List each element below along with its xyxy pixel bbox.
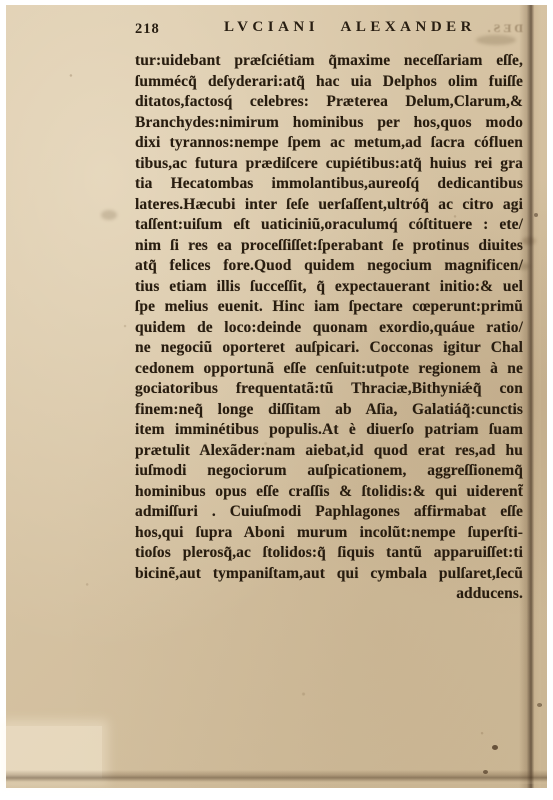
- margin-smudge: [101, 210, 117, 220]
- margin-smudge: [522, 237, 536, 245]
- text-line: hominibus opus eſſe craſſis & ſtolidis:&…: [135, 482, 523, 503]
- text-line: quidem de loco:deinde quonam exordio,quá…: [135, 318, 523, 339]
- lighting-patch: [6, 726, 102, 778]
- foxing-spot: [534, 213, 538, 217]
- text-line: tius etiam illis ſucceſſit, q̃ expectaue…: [135, 277, 523, 298]
- text-line: iuſmodi negociorum auſpicationem, aggreſ…: [135, 461, 523, 482]
- body-text: tur:uidebant præſciétiam q̃maxime neceſſ…: [135, 51, 523, 605]
- text-line: dixi tyrannos:nempe ſpem ac metum,ad ſac…: [135, 133, 523, 154]
- scanned-book-photo: DES. 218 LVCIANI ALEXANDER tur:uidebant …: [0, 0, 553, 800]
- page-number: 218: [135, 21, 160, 38]
- text-line: finem:neq̃ longe diſſitam ab Aſia, Galat…: [135, 400, 523, 421]
- text-line: ſpe melius euenit. Hinc iam ſpectare cœp…: [135, 297, 523, 318]
- foxing-spot: [537, 703, 542, 707]
- text-line: Branchydes:nimirum hominibus per hos,quo…: [135, 113, 523, 134]
- foxing-spot: [492, 745, 498, 750]
- text-line: cedonem opportunã eſſe cenſuit:utpote re…: [135, 359, 523, 380]
- text-line: ſummécq̃ deſyderari:atq̃ hac uia Delphos…: [135, 72, 523, 93]
- text-line: admiſſuri . Cuiuſmodi Paphlagones affirm…: [135, 502, 523, 523]
- text-line: tur:uidebant præſciétiam q̃maxime neceſſ…: [135, 51, 523, 72]
- text-line: taſſent:uiſum eſt uaticiniũ,oraculumq́ c…: [135, 215, 523, 236]
- text-line: tia Hecatombas immolantibus,aureoſq́ ded…: [135, 174, 523, 195]
- running-title: LVCIANI ALEXANDER: [185, 19, 515, 36]
- text-line: item imminétibus populis.At è diuerſo pa…: [135, 420, 523, 441]
- book-page: DES. 218 LVCIANI ALEXANDER tur:uidebant …: [6, 5, 547, 788]
- foxing-spot: [483, 770, 488, 774]
- text-line: bicinẽ,aut tympaniſtam,aut qui cymbala p…: [135, 564, 523, 585]
- text-line: ditatos,factosq́ celebres: Præterea Delu…: [135, 92, 523, 113]
- text-line: lateres.Hæcubi inter ſeſe uerſaſſent,ult…: [135, 195, 523, 216]
- page-header: 218 LVCIANI ALEXANDER: [135, 19, 523, 41]
- text-line: hos,qui ſupra Aboni murum incolũt:nempe …: [135, 523, 523, 544]
- text-line: nim ſi res ea proceſſiſſet:ſperabant ſe …: [135, 236, 523, 257]
- text-line: gociatoribus frequentatã:tũ Thraciæ,Bith…: [135, 379, 523, 400]
- page-edge-bottom: [6, 770, 547, 784]
- text-line: prætulit Alexãder:nam aiebat,id quod era…: [135, 441, 523, 462]
- text-line: ne negociũ oporteret auſpicari. Cocconas…: [135, 338, 523, 359]
- text-line: tioſos plerosq̃,ac ſtolidos:q̃ ſiquis ta…: [135, 543, 523, 564]
- text-line-last: adducens.: [135, 584, 523, 605]
- text-line: tibus,ac futura prædiſcere cupiétibus:at…: [135, 154, 523, 175]
- text-line: atq̃ felices fore.Quod quidem negocium m…: [135, 256, 523, 277]
